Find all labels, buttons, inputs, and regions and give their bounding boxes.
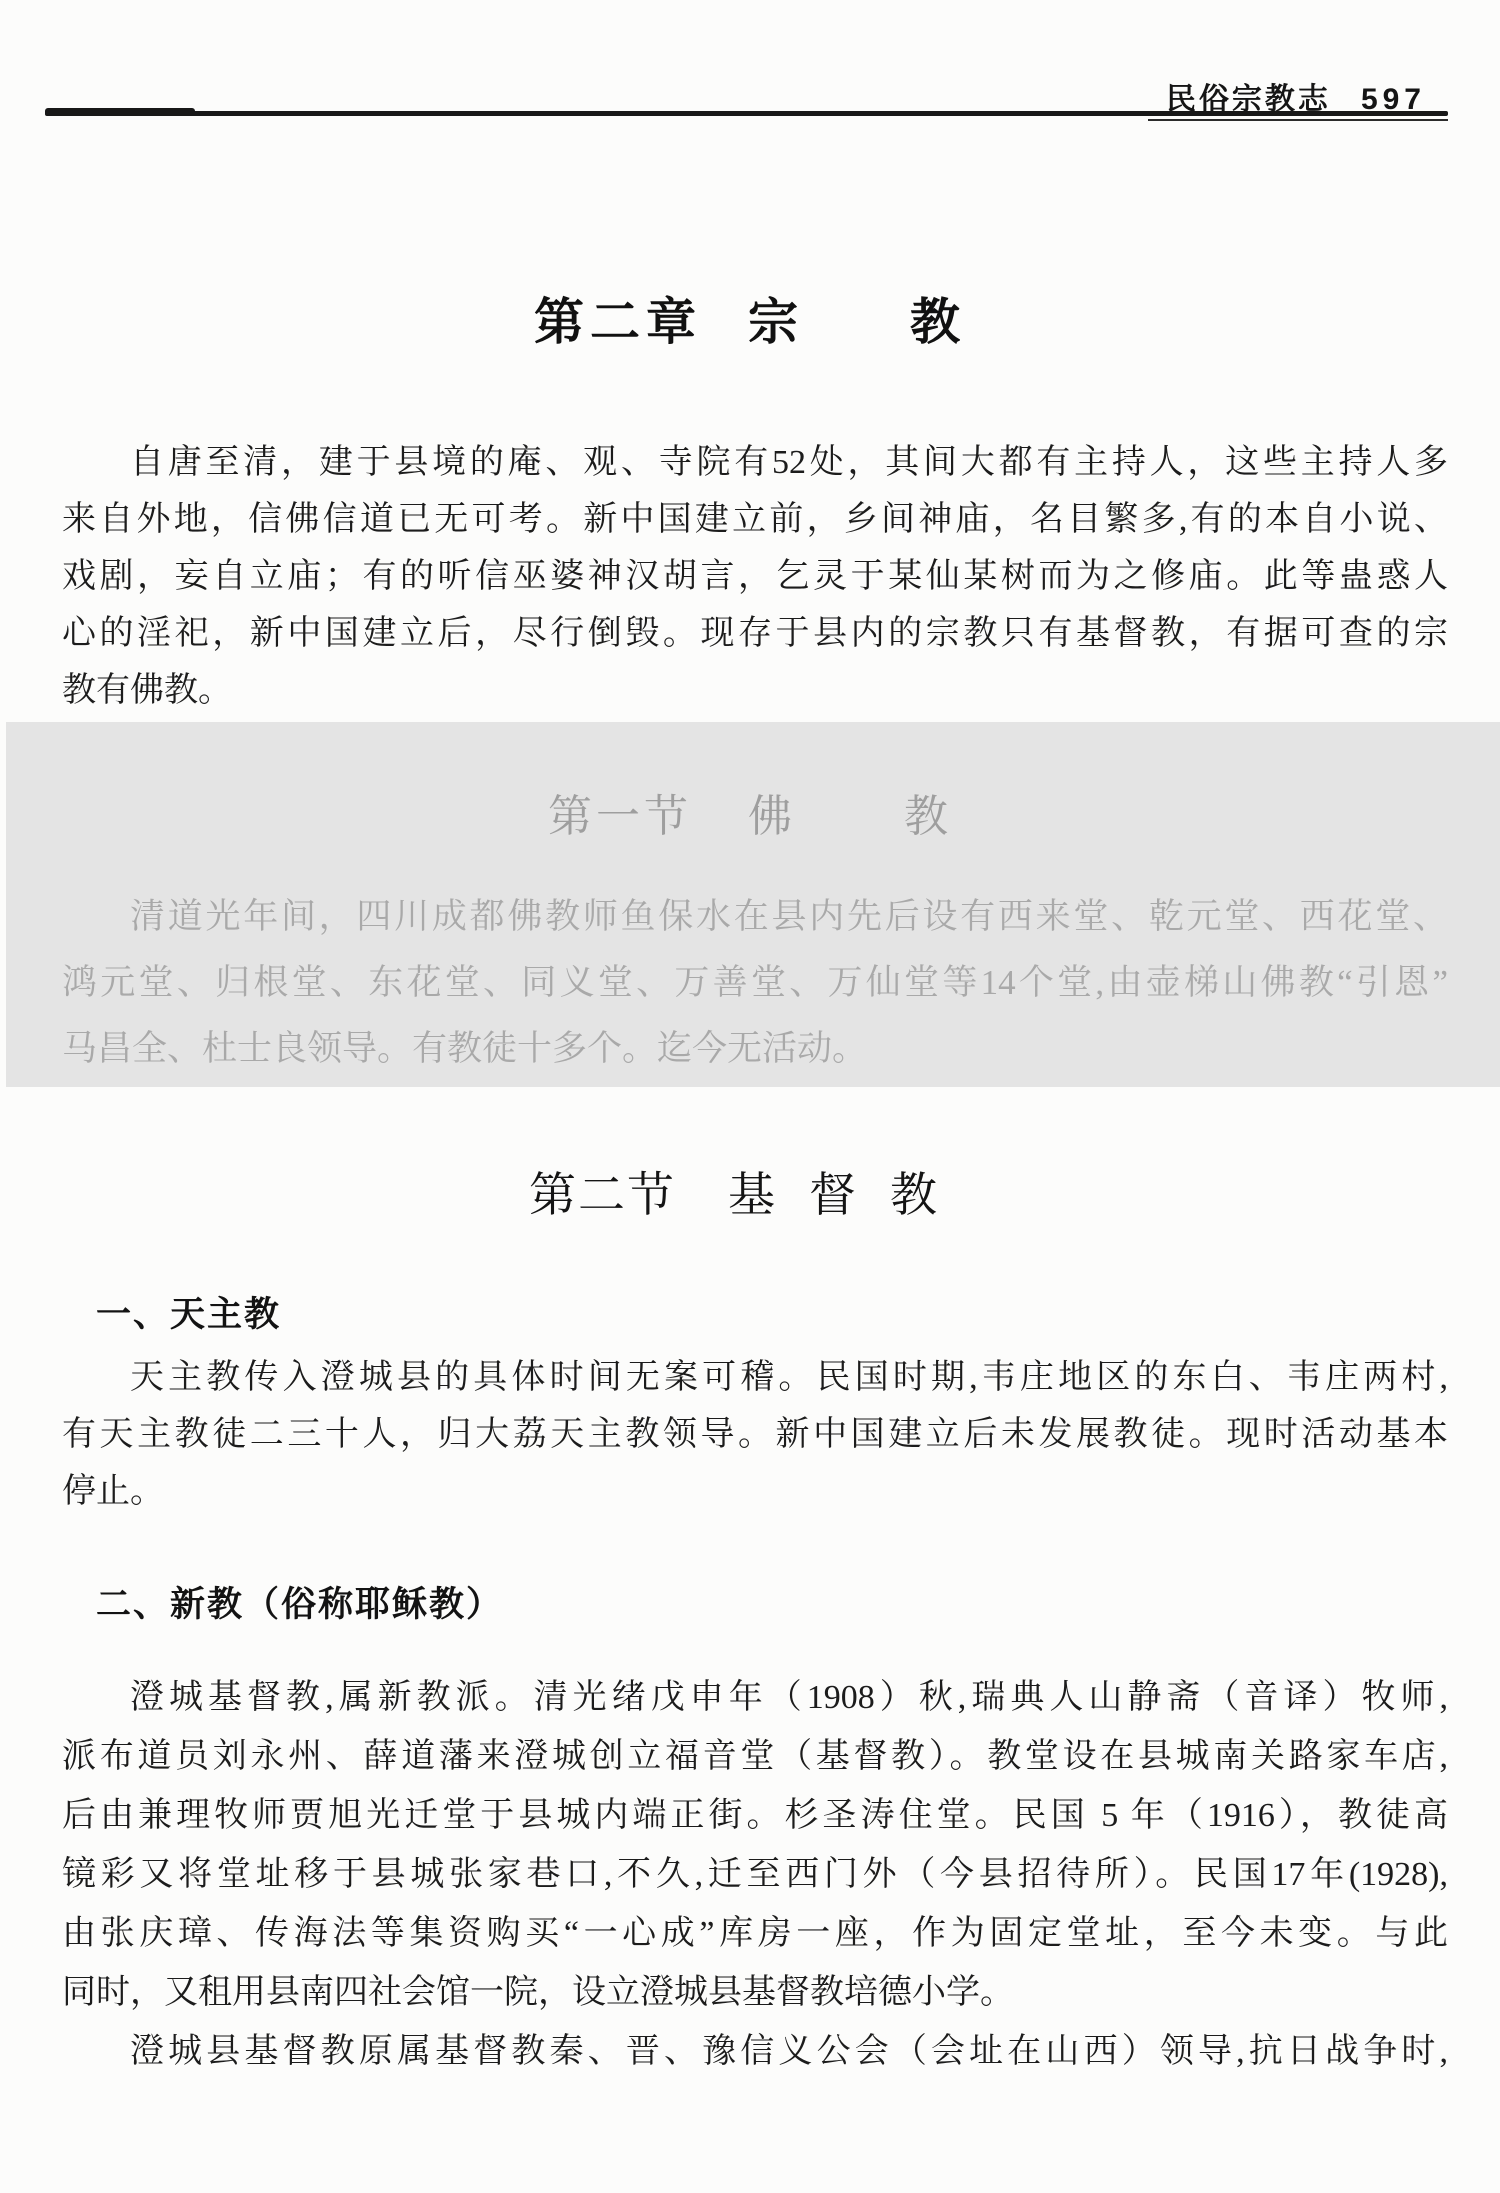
- section1-title-char1: 佛: [748, 792, 796, 841]
- section1-title-char2: 教: [904, 792, 952, 841]
- section2-title: 基督教: [728, 1170, 971, 1222]
- paragraph-line: 马昌全、杜士良领导。有教徒十多个。迄今无活动。: [62, 1016, 1448, 1082]
- paragraph-line: 后由兼理牧师贾旭光迁堂于县城内端正街。杉圣涛住堂。民国 5 年（1916），教徒…: [62, 1786, 1448, 1845]
- paragraph-line: 心的淫祀，新中国建立后，尽行倒毁。现存于县内的宗教只有基督教，有据可查的宗: [62, 605, 1448, 662]
- paragraph-line: 自唐至清，建于县境的庵、观、寺院有52处，其间大都有主持人，这些主持人多: [62, 434, 1448, 491]
- buddhism-paragraph: 清道光年间，四川成都佛教师鱼保水在县内先后设有西来堂、乾元堂、西花堂、 鸿元堂、…: [62, 884, 1448, 1082]
- paragraph-line: 教有佛教。: [62, 662, 1448, 719]
- paragraph-line: 由张庆璋、传海法等集资购买“一心成”库房一座，作为固定堂址，至今未变。与此: [62, 1904, 1448, 1963]
- paragraph-line: 来自外地，信佛信道已无可考。新中国建立前，乡间神庙，名目繁多,有的本自小说、: [62, 491, 1448, 548]
- chapter-title-char1: 宗: [748, 294, 804, 350]
- paragraph-line: 澄城基督教,属新教派。清光绪戊申年（1908）秋,瑞典人山静斋（音译）牧师,: [62, 1668, 1448, 1727]
- paragraph-line: 派布道员刘永州、薛道藩来澄城创立福音堂（基督教）。教堂设在县城南关路家车店,: [62, 1727, 1448, 1786]
- section1-label: 第一节: [548, 792, 692, 841]
- scanned-book-page: 民俗宗教志597 第二章宗教 自唐至清，建于县境的庵、观、寺院有52处，其间大都…: [0, 0, 1500, 2193]
- paragraph-line: 清道光年间，四川成都佛教师鱼保水在县内先后设有西来堂、乾元堂、西花堂、: [62, 884, 1448, 950]
- paragraph-line: 天主教传入澄城县的具体时间无案可稽。民国时期,韦庄地区的东白、韦庄两村,: [62, 1349, 1448, 1406]
- paragraph-line: 停止。: [62, 1463, 1448, 1520]
- section1-heading: 第一节佛教: [0, 780, 1500, 844]
- paragraph-line: 同时，又租用县南四社会馆一院，设立澄城县基督教培德小学。: [62, 1963, 1448, 2022]
- section2-label: 第二节: [529, 1170, 676, 1222]
- paragraph-line: 澄城县基督教原属基督教秦、晋、豫信义公会（会址在山西）领导,抗日战争时,: [62, 2022, 1448, 2081]
- paragraph-line: 戏剧，妄自立庙；有的听信巫婆神汉胡言，乞灵于某仙某树而为之修庙。此等蛊惑人: [62, 548, 1448, 605]
- section2-heading: 第二节基督教: [0, 1158, 1500, 1225]
- chapter-title-char2: 教: [910, 294, 966, 350]
- paragraph-line: 有天主教徒二三十人，归大荔天主教领导。新中国建立后未发展教徒。现时活动基本: [62, 1406, 1448, 1463]
- subsection-heading-protestant: 二、新教（俗称耶稣教）: [62, 1577, 1448, 1627]
- catholic-paragraph: 天主教传入澄城县的具体时间无案可稽。民国时期,韦庄地区的东白、韦庄两村, 有天主…: [62, 1349, 1448, 1520]
- subsection-heading-catholic: 一、天主教: [62, 1287, 1448, 1337]
- chapter-title: 第二章宗教: [0, 282, 1500, 354]
- paragraph-line: 镜彩又将堂址移于县城张家巷口,不久,迁至西门外（今县招待所）。民国17年(192…: [62, 1845, 1448, 1904]
- protestant-paragraph: 澄城基督教,属新教派。清光绪戊申年（1908）秋,瑞典人山静斋（音译）牧师, 派…: [62, 1668, 1448, 2081]
- header-rule: [45, 111, 1448, 116]
- header-rule-underline: [1148, 119, 1448, 121]
- intro-paragraph: 自唐至清，建于县境的庵、观、寺院有52处，其间大都有主持人，这些主持人多 来自外…: [62, 434, 1448, 719]
- paragraph-line: 鸿元堂、归根堂、东花堂、同义堂、万善堂、万仙堂等14个堂,由壶梯山佛教“引恩”: [62, 950, 1448, 1016]
- chapter-label: 第二章: [534, 294, 702, 350]
